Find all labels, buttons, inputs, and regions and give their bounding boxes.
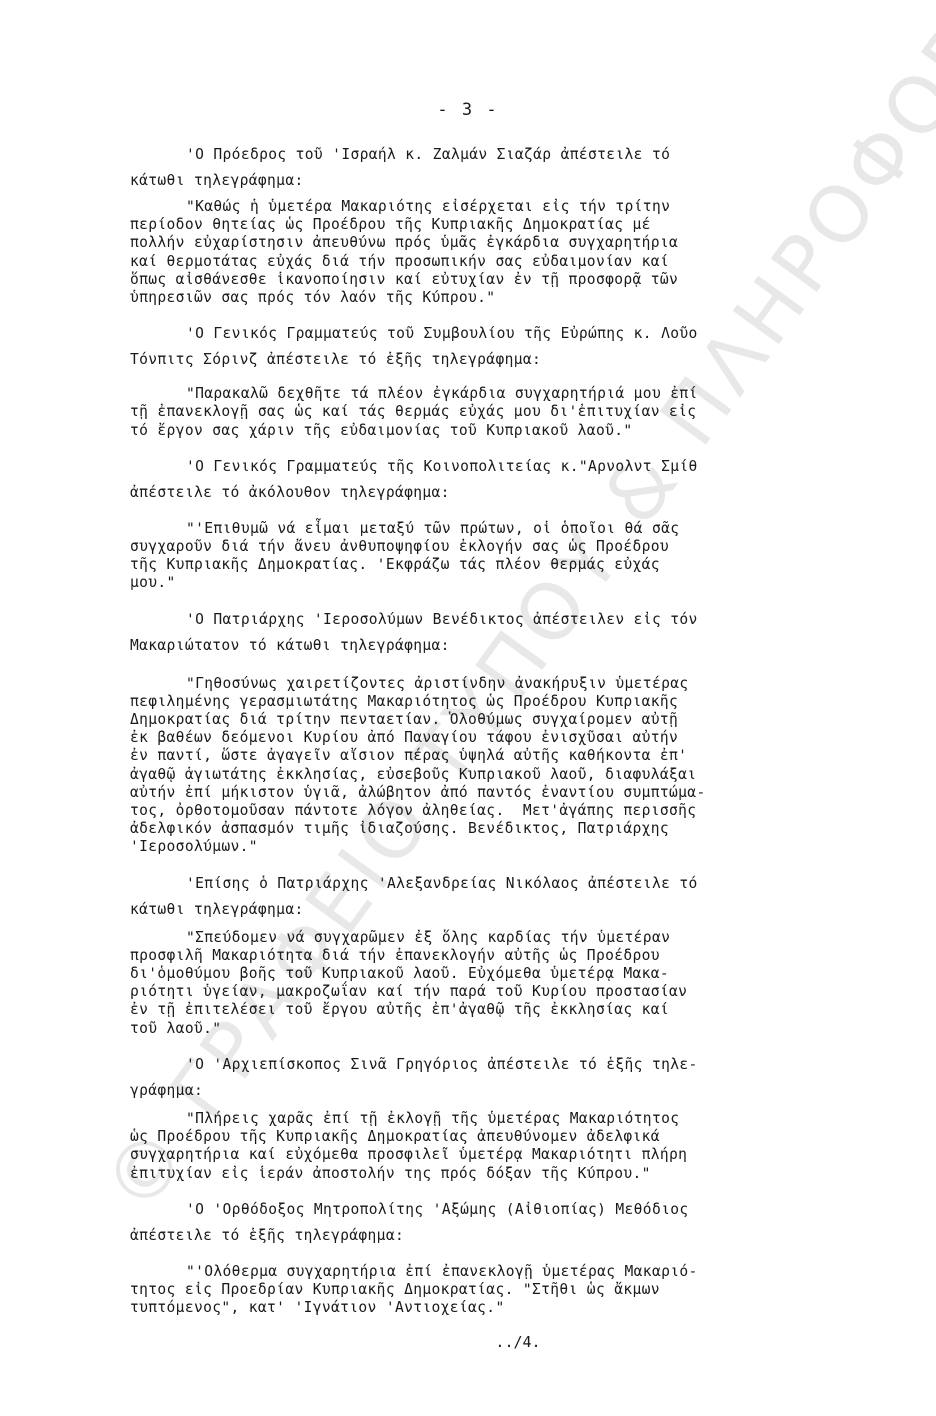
- quote-line: πεφιλημένης γερασμιωτάτης Μακαριότητος ὡ…: [130, 693, 820, 711]
- quote-line: συγχαρητήρια καί εὐχόμεθα προσφιλεῖ ὑμετ…: [130, 1146, 820, 1164]
- intro-line: κάτωθι τηλεγράφημα:: [130, 897, 820, 923]
- intro-line: 'Ο Γενικός Γραμματεύς τοῦ Συμβουλίου τῆς…: [130, 321, 820, 347]
- telegram-quote: "Γηθοσύνως χαιρετίζοντες ἀριστίνδην ἀνακ…: [130, 675, 820, 857]
- quote-line: τό ἔργον σας χάριν τῆς εὐδαιμονίας τοῦ Κ…: [130, 422, 820, 440]
- quote-line: τοῦ λαοῦ.": [130, 1020, 820, 1038]
- telegram-intro: 'Ο 'Αρχιεπίσκοπος Σινᾶ Γρηγόριος ἀπέστει…: [130, 1052, 820, 1104]
- intro-line: 'Επίσης ὁ Πατριάρχης 'Αλεξανδρείας Νικόλ…: [130, 871, 820, 897]
- quote-line: "Γηθοσύνως χαιρετίζοντες ἀριστίνδην ἀνακ…: [130, 675, 820, 693]
- quote-line: προσφιλῆ Μακαριότητα διά τήν ἐπανεκλογήν…: [130, 947, 820, 965]
- telegram-intro: 'Ο Πρόεδρος τοῦ 'Ισραήλ κ. Ζαλμάν Σιαζάρ…: [130, 142, 820, 194]
- telegram-quote: "Παρακαλῶ δεχθῆτε τά πλέον ἐγκάρδια συγχ…: [130, 385, 820, 440]
- quote-line: ριότητι ὑγείαν, μακροζωΐαν καί τήν παρά …: [130, 983, 820, 1001]
- quote-line: 'Ιεροσολύμων.": [130, 838, 820, 856]
- telegram-block: 'Ο Γενικός Γραμματεύς τοῦ Συμβουλίου τῆς…: [130, 321, 820, 440]
- quote-line: ἐν παντί, ὥστε ἀγαγεῖν αἴσιον πέρας ὑψηλ…: [130, 747, 820, 765]
- intro-line: γράφημα:: [130, 1078, 820, 1104]
- intro-line: ἀπέστειλε τό ἑξῆς τηλεγράφημα:: [130, 1223, 820, 1249]
- intro-line: ἀπέστειλε τό ἀκόλουθον τηλεγράφημα:: [130, 480, 820, 506]
- telegram-intro: 'Ο Πατριάρχης 'Ιεροσολύμων Βενέδικτος ἀπ…: [130, 607, 820, 659]
- telegram-intro: 'Ο 'Ορθόδοξος Μητροπολίτης 'Αξώμης (Αἰθι…: [130, 1197, 820, 1249]
- quote-line: συγχαροῦν διά τήν ἄνευ ἀνθυποψηφίου ἐκλο…: [130, 538, 820, 556]
- intro-line: 'Ο 'Ορθόδοξος Μητροπολίτης 'Αξώμης (Αἰθι…: [130, 1197, 820, 1223]
- quote-line: ὡς Προέδρου τῆς Κυπριακῆς Δημοκρατίας ἀπ…: [130, 1128, 820, 1146]
- quote-line: τητος εἰς Προεδρίαν Κυπριακῆς Δημοκρατία…: [130, 1281, 820, 1299]
- telegram-quote: "'Επιθυμῶ νά εἶμαι μεταξύ τῶν πρώτων, οἱ…: [130, 520, 820, 593]
- quote-line: ἐκ βαθέων δεόμενοι Κυρίου ἀπό Παναγίου τ…: [130, 729, 820, 747]
- intro-line: 'Ο Πρόεδρος τοῦ 'Ισραήλ κ. Ζαλμάν Σιαζάρ…: [130, 142, 820, 168]
- quote-line: "'Ολόθερμα συγχαρητήρια ἐπί ἐπανεκλογῇ ὑ…: [130, 1263, 820, 1281]
- telegram-intro: 'Επίσης ὁ Πατριάρχης 'Αλεξανδρείας Νικόλ…: [130, 871, 820, 923]
- intro-line: κάτωθι τηλεγράφημα:: [130, 168, 820, 194]
- intro-line: 'Ο Γενικός Γραμματεύς τῆς Κοινοπολιτείας…: [130, 454, 820, 480]
- quote-line: "Παρακαλῶ δεχθῆτε τά πλέον ἐγκάρδια συγχ…: [130, 385, 820, 403]
- quote-line: ἀδελφικόν ἀσπασμόν τιμῆς ἰδιαζούσης. Βεν…: [130, 820, 820, 838]
- quote-line: ἐν τῇ ἐπιτελέσει τοῦ ἔργου αὐτῆς ἐπ'ἀγαθ…: [130, 1001, 820, 1019]
- quote-line: ὅπως αἰσθάνεσθε ἱκανοποίησιν καί εὐτυχία…: [130, 271, 820, 289]
- quote-line: "'Επιθυμῶ νά εἶμαι μεταξύ τῶν πρώτων, οἱ…: [130, 520, 820, 538]
- quote-line: "Καθώς ἡ ὑμετέρα Μακαριότης εἰσέρχεται ε…: [130, 198, 820, 216]
- quote-line: τῇ ἐπανεκλογῇ σας ὡς καί τάς θερμάς εὐχά…: [130, 403, 820, 421]
- continued-on-next-page: ../4.: [0, 1333, 936, 1351]
- quote-line: ὑπηρεσιῶν σας πρός τόν λαόν τῆς Κύπρου.": [130, 289, 820, 307]
- document-body: 'Ο Πρόεδρος τοῦ 'Ισραήλ κ. Ζαλμάν Σιαζάρ…: [130, 142, 820, 1331]
- page-number: - 3 -: [0, 100, 936, 120]
- quote-line: αὐτήν ἐπί μήκιστον ὑγιᾶ, ἀλώβητον ἀπό πα…: [130, 784, 820, 802]
- quote-line: Δημοκρατίας διά τρίτην πενταετίαν. Ὁλοθύ…: [130, 711, 820, 729]
- quote-line: περίοδον θητείας ὡς Προέδρου τῆς Κυπριακ…: [130, 216, 820, 234]
- quote-line: ἀγαθῷ ἁγιωτάτης ἐκκλησίας, εὐσεβοῦς Κυπρ…: [130, 766, 820, 784]
- quote-line: δι'ὁμοθύμου βοῆς τοῦ Κυπριακοῦ λαοῦ. Εὐχ…: [130, 965, 820, 983]
- quote-line: "Σπεύδομεν νά συγχαρῶμεν ἐξ ὅλης καρδίας…: [130, 929, 820, 947]
- document-page: © ΓΡΑΦΕΙΟ ΤΥΠΟΥ & ΠΛΗΡΟΦΟΡΙΩΝ - PIO - 3 …: [0, 0, 936, 1416]
- telegram-block: 'Ο 'Αρχιεπίσκοπος Σινᾶ Γρηγόριος ἀπέστει…: [130, 1052, 820, 1183]
- telegram-quote: "Καθώς ἡ ὑμετέρα Μακαριότης εἰσέρχεται ε…: [130, 198, 820, 307]
- quote-line: καί θερμοτάτας εὐχάς διά τήν προσωπικήν …: [130, 253, 820, 271]
- quote-line: τος, ὀρθοτομοῦσαν πάντοτε λόγον ἀληθείας…: [130, 802, 820, 820]
- telegram-quote: "'Ολόθερμα συγχαρητήρια ἐπί ἐπανεκλογῇ ὑ…: [130, 1263, 820, 1318]
- telegram-block: 'Ο 'Ορθόδοξος Μητροπολίτης 'Αξώμης (Αἰθι…: [130, 1197, 820, 1318]
- intro-line: 'Ο Πατριάρχης 'Ιεροσολύμων Βενέδικτος ἀπ…: [130, 607, 820, 633]
- quote-line: τυπτόμενος", κατ' 'Ιγνάτιον 'Αντιοχείας.…: [130, 1299, 820, 1317]
- telegram-block: 'Ο Γενικός Γραμματεύς τῆς Κοινοπολιτείας…: [130, 454, 820, 593]
- telegram-quote: "Πλήρεις χαρᾶς ἐπί τῇ ἐκλογῇ τῆς ὑμετέρα…: [130, 1110, 820, 1183]
- telegram-block: 'Ο Πρόεδρος τοῦ 'Ισραήλ κ. Ζαλμάν Σιαζάρ…: [130, 142, 820, 307]
- intro-line: Τόνπιτς Σόρινζ ἀπέστειλε τό ἑξῆς τηλεγρά…: [130, 347, 820, 373]
- telegram-intro: 'Ο Γενικός Γραμματεύς τοῦ Συμβουλίου τῆς…: [130, 321, 820, 373]
- intro-line: Μακαριώτατον τό κάτωθι τηλεγράφημα:: [130, 633, 820, 659]
- quote-line: τῆς Κυπριακῆς Δημοκρατίας. 'Εκφράζω τάς …: [130, 556, 820, 574]
- telegram-quote: "Σπεύδομεν νά συγχαρῶμεν ἐξ ὅλης καρδίας…: [130, 929, 820, 1038]
- quote-line: μου.": [130, 574, 820, 592]
- quote-line: ἐπιτυχίαν εἰς ἱεράν ἀποστολήν της πρός δ…: [130, 1165, 820, 1183]
- quote-line: πολλήν εὐχαρίστησιν ἀπευθύνω πρός ὑμᾶς ἐ…: [130, 234, 820, 252]
- telegram-block: 'Επίσης ὁ Πατριάρχης 'Αλεξανδρείας Νικόλ…: [130, 871, 820, 1038]
- intro-line: 'Ο 'Αρχιεπίσκοπος Σινᾶ Γρηγόριος ἀπέστει…: [130, 1052, 820, 1078]
- telegram-block: 'Ο Πατριάρχης 'Ιεροσολύμων Βενέδικτος ἀπ…: [130, 607, 820, 857]
- quote-line: "Πλήρεις χαρᾶς ἐπί τῇ ἐκλογῇ τῆς ὑμετέρα…: [130, 1110, 820, 1128]
- telegram-intro: 'Ο Γενικός Γραμματεύς τῆς Κοινοπολιτείας…: [130, 454, 820, 506]
